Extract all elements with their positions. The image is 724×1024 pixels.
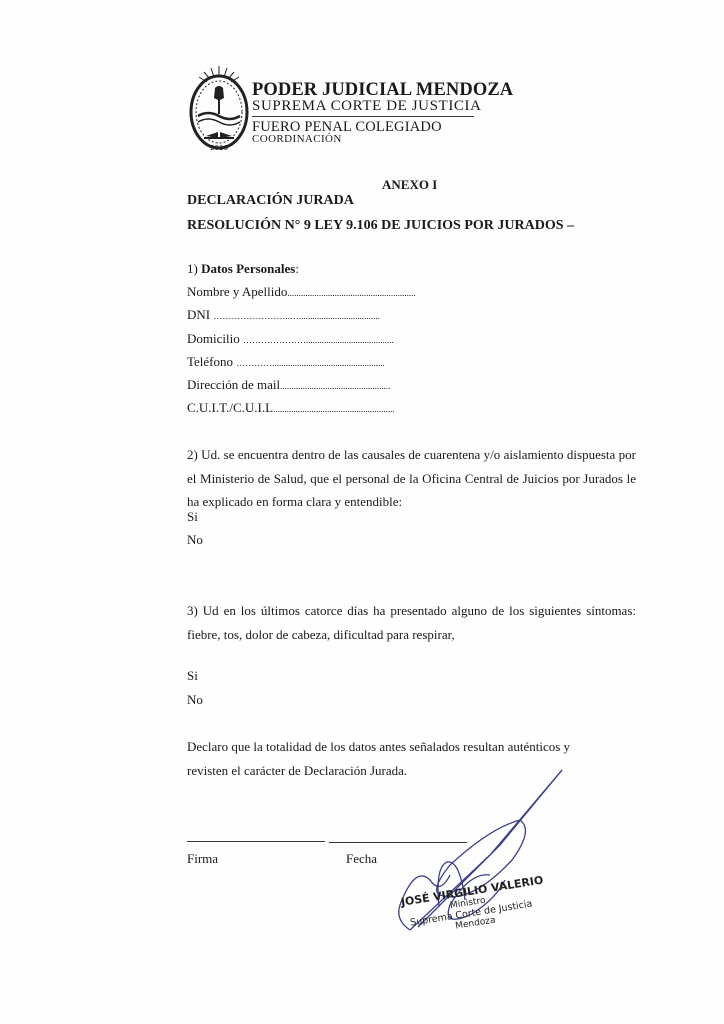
section2-question: 2) Ud. se encuentra dentro de las causal… bbox=[187, 443, 636, 514]
field-label: Nombre y Apellido bbox=[187, 284, 287, 299]
field-name[interactable]: Nombre y Apellido.......................… bbox=[187, 280, 416, 306]
field-blank[interactable]: ........................................… bbox=[273, 404, 395, 414]
section1-number: 1) bbox=[187, 261, 198, 276]
signature-line[interactable] bbox=[187, 841, 325, 842]
field-email[interactable]: Dirección de mail.......................… bbox=[187, 373, 390, 399]
field-blank[interactable]: ........................................… bbox=[280, 381, 390, 391]
section1-title: Datos Personales bbox=[201, 261, 295, 276]
date-label: Fecha bbox=[346, 847, 377, 871]
svg-text:2016: 2016 bbox=[210, 144, 228, 152]
resolution-title: RESOLUCIÓN N° 9 LEY 9.106 DE JUICIOS POR… bbox=[187, 218, 574, 234]
document-type: DECLARACIÓN JURADA bbox=[187, 193, 354, 209]
header-divider bbox=[252, 116, 474, 117]
coat-of-arms-logo: 2016 bbox=[186, 64, 252, 156]
court-name: SUPREMA CORTE DE JUSTICIA bbox=[252, 98, 482, 115]
field-label: Dirección de mail bbox=[187, 377, 280, 392]
field-cuit[interactable]: C.U.I.T./C.U.I.L........................… bbox=[187, 396, 395, 422]
section2-option-yes[interactable]: Si bbox=[187, 505, 198, 529]
field-blank[interactable]: …………....................................… bbox=[236, 358, 385, 368]
field-label: C.U.I.T./C.U.I.L bbox=[187, 400, 273, 415]
field-blank[interactable]: ........................................… bbox=[287, 288, 415, 298]
unit-name: COORDINACIÓN bbox=[252, 133, 342, 145]
field-label: DNI bbox=[187, 307, 213, 322]
annex-title: ANEXO I bbox=[382, 177, 437, 193]
signature-label: Firma bbox=[187, 847, 218, 871]
field-phone[interactable]: Teléfono …………...........................… bbox=[187, 350, 385, 376]
section2-option-no[interactable]: No bbox=[187, 528, 203, 552]
section3-option-yes[interactable]: Si bbox=[187, 664, 198, 688]
field-dni[interactable]: DNI ……………………..….........................… bbox=[187, 303, 380, 329]
section1-heading: 1) Datos Personales: bbox=[187, 257, 299, 281]
section3-question: 3) Ud en los últimos catorce días ha pre… bbox=[187, 599, 636, 646]
field-blank[interactable]: ……………………..….............................… bbox=[213, 311, 380, 321]
field-address[interactable]: Domicilio ………………….......................… bbox=[187, 327, 394, 353]
field-label: Domicilio bbox=[187, 331, 243, 346]
section1-colon: : bbox=[295, 261, 299, 276]
mendoza-coat-of-arms-icon: 2016 bbox=[186, 64, 252, 156]
section3-option-no[interactable]: No bbox=[187, 688, 203, 712]
field-label: Teléfono bbox=[187, 354, 236, 369]
field-blank[interactable]: ………………….................................… bbox=[243, 335, 394, 345]
